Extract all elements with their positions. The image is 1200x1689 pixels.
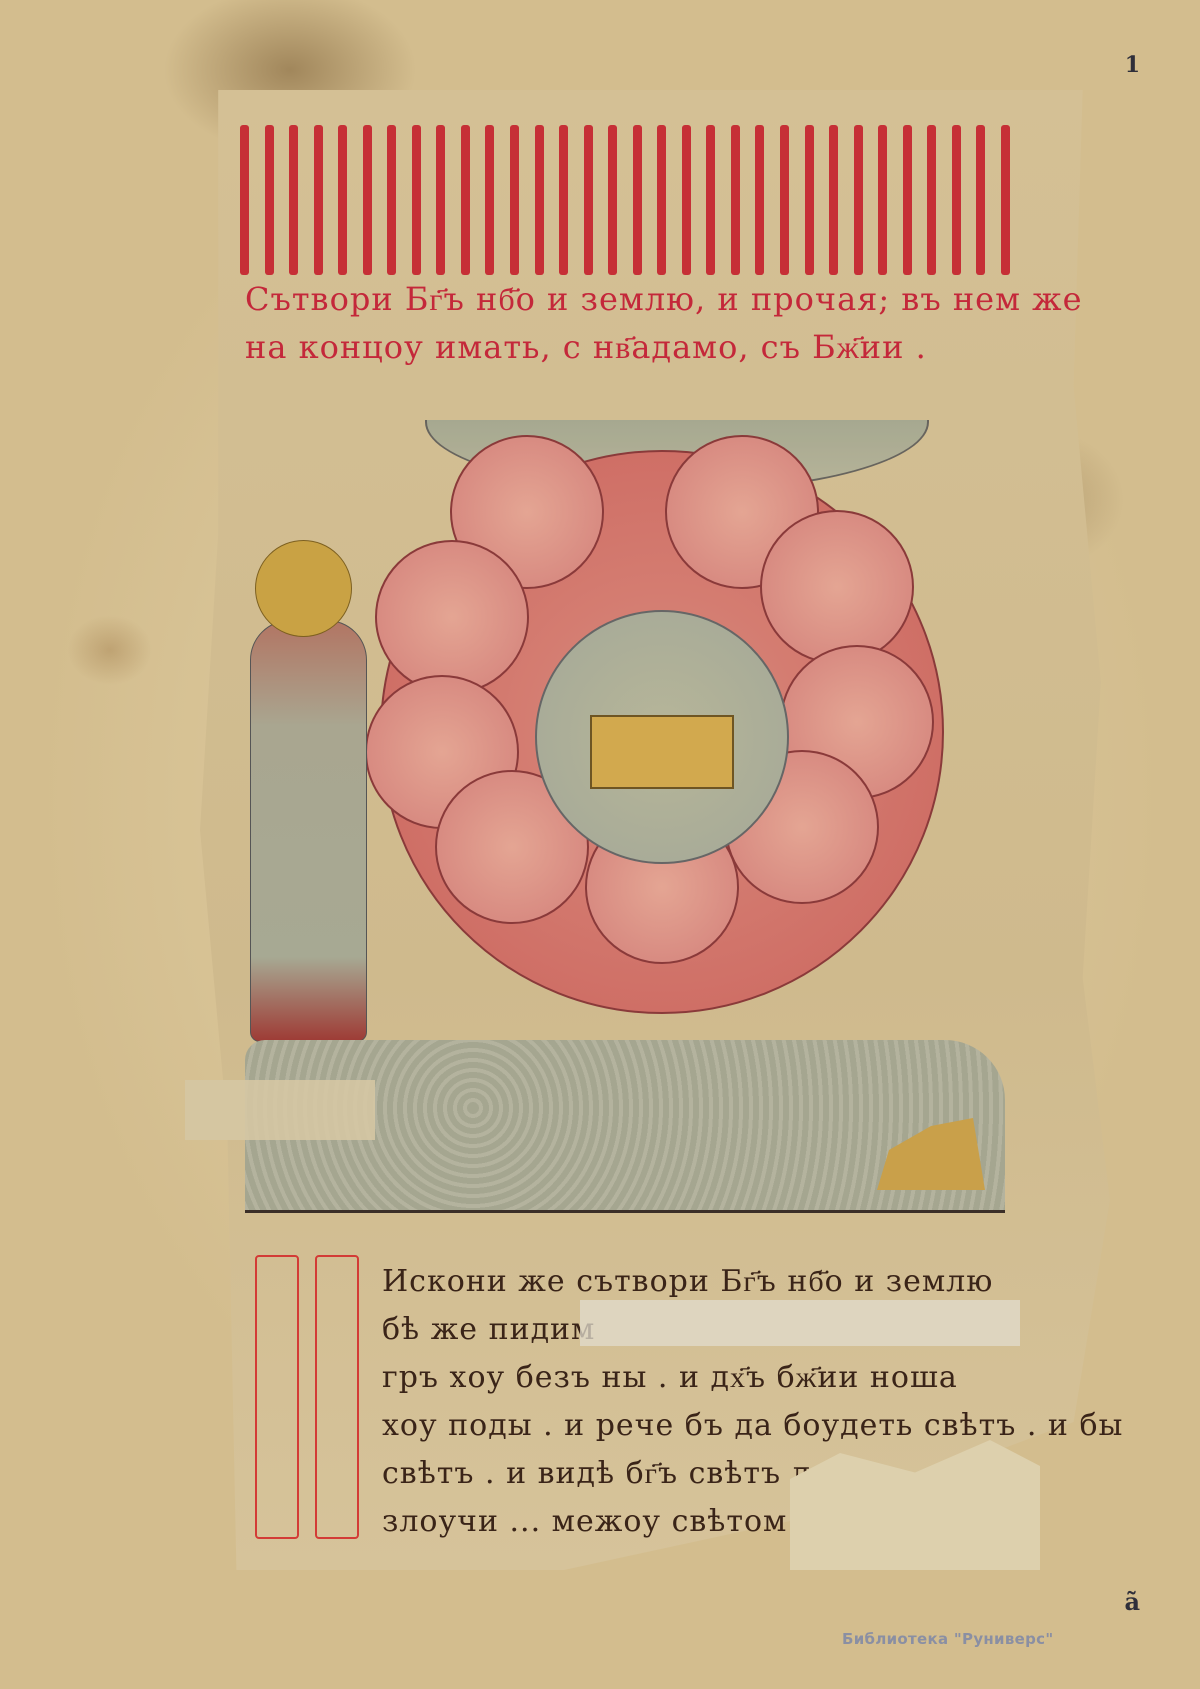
page-number: 1 [1125,52,1140,78]
manuscript-page: 1 Ornate red vyaz (ligatured Church Slav… [0,0,1200,1689]
halo-icon [255,540,352,637]
drop-cap-pillar [255,1255,299,1539]
golden-table [590,715,734,789]
drop-cap-ornament: И [255,1255,375,1535]
folio-mark: а̃ [1124,1587,1140,1616]
paper-repair-patch [185,1080,375,1140]
text-line: хоу поды . и рече бъ да боудеть свѣтъ . … [382,1402,1002,1450]
rubric-line-1: Сътвори Бг҃ъ нб҃о и землю, и прочая; въ … [245,280,1083,318]
saints-medallion [375,540,529,694]
title-description: Ornate red vyaz (ligatured Church Slavon… [240,125,1010,275]
creation-miniature [245,410,1015,1240]
robe [250,620,367,1042]
text-line: Искони же сътвори Бг҃ъ нб҃о и землю [382,1258,1002,1306]
repair-tape [580,1300,1020,1346]
text-line: гръ хоу безъ ны . и дх҃ъ бж҃ии ноша [382,1354,1002,1402]
rubric-line-2: на концоу имать, с нв҃адамо, съ Бж҃ии . [245,328,927,366]
saints-medallion [760,510,914,664]
library-credit: Библиотека "Руниверс" [842,1630,1053,1648]
drop-cap-pillar [315,1255,359,1539]
christ-figure [245,540,375,1040]
